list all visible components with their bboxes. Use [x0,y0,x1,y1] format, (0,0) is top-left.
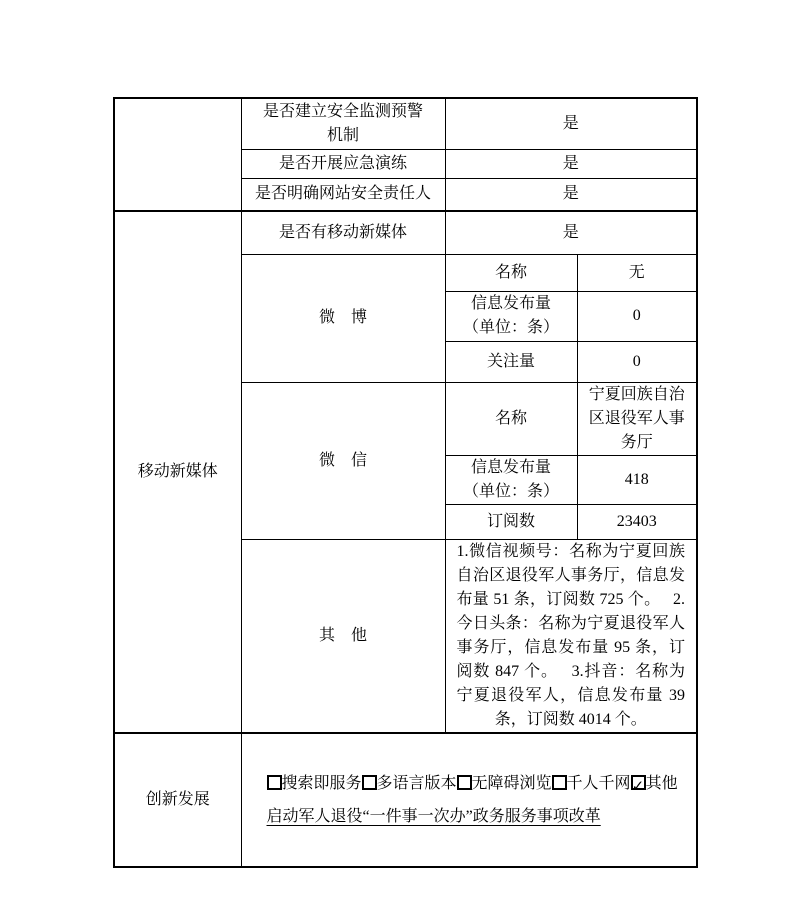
wechat-posts-label: 信息发布量 （单位：条） [445,455,577,504]
security-label-monitoring: 是否建立安全监测预警 机制 [241,98,445,149]
security-value-responsible: 是 [445,178,697,211]
has-mobile-media-value: 是 [445,211,697,254]
table-row: 是否建立安全监测预警 机制 是 [114,98,697,149]
innovation-group-label: 创新发展 [114,733,241,867]
wechat-label: 微 信 [241,382,445,539]
weibo-name-value: 无 [577,254,697,291]
report-table-grid: 是否建立安全监测预警 机制 是 是否开展应急演练 是 是否明确网站安全责任人 是… [113,97,698,868]
weibo-followers-value: 0 [577,341,697,382]
checkbox-label: 无障碍浏览 [472,775,552,792]
checkbox-label: 千人千网 [567,775,631,792]
table-row: 创新发展 搜索即服务多语言版本无障碍浏览千人千网其他 启动军人退役“一件事一次办… [114,733,697,867]
security-value-drill: 是 [445,149,697,178]
security-label-drill: 是否开展应急演练 [241,149,445,178]
mobile-media-group-label: 移动新媒体 [114,211,241,733]
checkbox-item: 无障碍浏览 [457,775,552,792]
has-mobile-media-label: 是否有移动新媒体 [241,211,445,254]
checkbox-icon-multilingual[interactable] [362,775,377,790]
checkbox-item: 搜索即服务 [267,775,362,792]
checkbox-icon-accessibility[interactable] [457,775,472,790]
weibo-name-label: 名称 [445,254,577,291]
wechat-posts-value: 418 [577,455,697,504]
checkbox-icon-other[interactable] [631,775,646,790]
checkbox-icon-personalized[interactable] [552,775,567,790]
weibo-posts-value: 0 [577,291,697,341]
innovation-checkbox-line: 搜索即服务多语言版本无障碍浏览千人千网其他 [267,767,693,800]
checkbox-item: 其他 [631,775,678,792]
checkbox-item: 千人千网 [552,775,631,792]
report-page: 是否建立安全监测预警 机制 是 是否开展应急演练 是 是否明确网站安全责任人 是… [0,0,794,904]
security-value-monitoring: 是 [445,98,697,149]
innovation-content-cell: 搜索即服务多语言版本无障碍浏览千人千网其他 启动军人退役“一件事一次办”政务服务… [241,733,697,867]
weibo-posts-label: 信息发布量 （单位：条） [445,291,577,341]
wechat-subscribers-label: 订阅数 [445,504,577,539]
wechat-name-value: 宁夏回族自治 区退役军人事 务厅 [577,382,697,455]
wechat-subscribers-value: 23403 [577,504,697,539]
annual-report-table: 是否建立安全监测预警 机制 是 是否开展应急演练 是 是否明确网站安全责任人 是… [113,97,698,868]
other-media-detail: 1.微信视频号：名称为宁夏回族自治区退役军人事务厅，信息发布量 51 条，订阅数… [445,539,697,733]
weibo-followers-label: 关注量 [445,341,577,382]
checkbox-item: 多语言版本 [362,775,457,792]
innovation-other-detail: 启动军人退役“一件事一次办”政务服务事项改革 [267,800,693,833]
other-media-label: 其 他 [241,539,445,733]
checkbox-icon-search-service[interactable] [267,775,282,790]
checkbox-label: 搜索即服务 [282,775,362,792]
checkbox-label: 其他 [646,775,678,792]
security-group-cell [114,98,241,211]
weibo-label: 微 博 [241,254,445,382]
wechat-name-label: 名称 [445,382,577,455]
security-label-responsible: 是否明确网站安全责任人 [241,178,445,211]
checkbox-label: 多语言版本 [377,775,457,792]
table-row: 移动新媒体 是否有移动新媒体 是 [114,211,697,254]
